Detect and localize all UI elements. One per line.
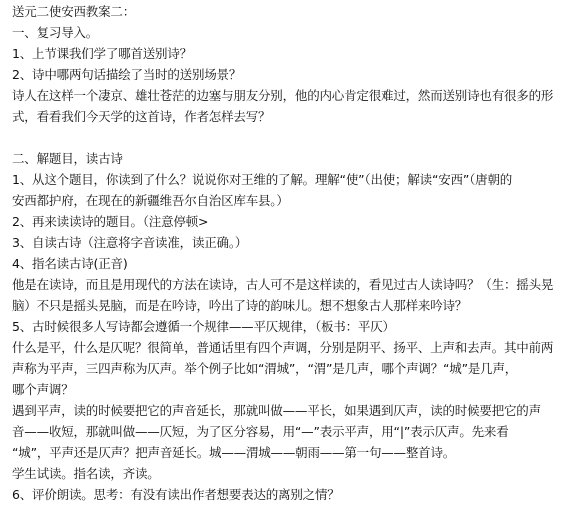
review-question-1: 1、上节课我们学了哪首送别诗？ <box>12 43 560 64</box>
paragraph-line: 诗人在这样一个凄京、雄壮苍茫的边塞与朋友分别，他的内心肯定很难过，然而送别诗也有… <box>12 85 560 106</box>
paragraph-line: 4、指名读古诗(正音) <box>12 253 560 274</box>
paragraph-line: 他是在读诗，而且是用现代的方法在读诗，古人可不是这样读的，看见过古人读诗吗？（生… <box>12 274 560 295</box>
paragraph-line: 哪个声调？ <box>12 379 560 400</box>
paragraph-line: “城”，平声还是仄声？把声音延长。城——渭城——朝雨——第一句——整首诗。 <box>12 442 560 463</box>
paragraph-line: 3、自读古诗（注意将字音读准，读正确。） <box>12 232 560 253</box>
section-heading-review: 一、复习导入。 <box>12 22 560 43</box>
paragraph-line: 声称为平声，三四声称为仄声。举个例子比如“渭城”，“渭”是几声，哪个声调？“城”… <box>12 358 560 379</box>
paragraph-line: 脑）不只是摇头晃脑，而是在吟诗，吟出了诗的韵味儿。想不想象古人那样来吟诗？ <box>12 295 560 316</box>
section-heading-read-poem: 二、解题目，读古诗 <box>12 148 560 169</box>
paragraph-line: 学生试读。指名读，齐读。 <box>12 463 560 470</box>
paragraph-line: 1、从这个题目，你读到了什么？说说你对王维的了解。理解“使”（出使；解读“安西”… <box>12 169 560 190</box>
paragraph-line: 5、古时候很多人写诗都会遵循一个规律——平仄规律，（板书：平仄） <box>12 316 560 337</box>
paragraph-line: 式，看看我们今天学的这首诗，作者怎样去写？ <box>12 106 560 127</box>
blank-line <box>12 127 560 148</box>
review-question-2: 2、诗中哪两句话描绘了当时的送别场景？ <box>12 64 560 85</box>
document-title: 送元二使安西教案二： <box>12 1 560 22</box>
paragraph-line: 安西都护府，在现在的新疆维吾尔自治区库车县。） <box>12 190 560 211</box>
paragraph-line: 音——收短，那就叫做——仄短，为了区分容易，用“—”表示平声，用“|”表示仄声。… <box>12 421 560 442</box>
paragraph-line: 2、再来读读诗的题目。（注意停顿> <box>12 211 560 232</box>
paragraph-line: 什么是平，什么是仄呢？很简单，普通话里有四个声调，分别是阴平、扬平、上声和去声。… <box>12 337 560 358</box>
lesson-plan-document: 送元二使安西教案二： 一、复习导入。 1、上节课我们学了哪首送别诗？ 2、诗中哪… <box>12 1 560 470</box>
paragraph-line: 遇到平声，读的时候要把它的声音延长，那就叫做——平长，如果遇到仄声，读的时候要把… <box>12 400 560 421</box>
